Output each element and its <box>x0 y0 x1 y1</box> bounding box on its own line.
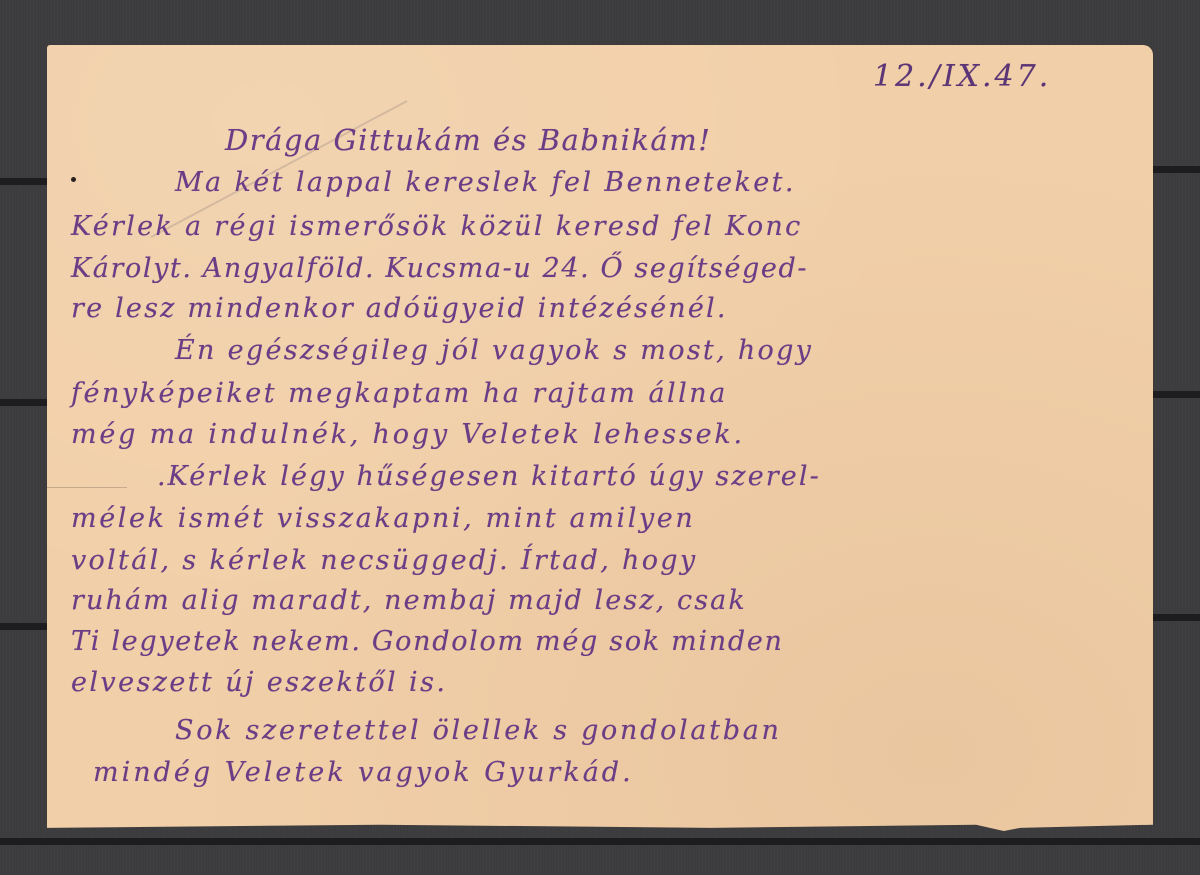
letter-line-1: Ma két lappal kereslek fel Benneteket. <box>175 167 796 198</box>
album-strip-right-2 <box>1153 391 1200 398</box>
letter-line-6: fényképeiket megkaptam ha rajtam állna <box>71 378 728 409</box>
letter-line-10: voltál, s kérlek necsüggedj. Írtad, hogy <box>71 545 697 576</box>
album-strip-left-2 <box>0 399 47 406</box>
album-strip-right-3 <box>1153 614 1200 621</box>
letter-line-5: Én egészségileg jól vagyok s most, hogy <box>175 335 813 366</box>
letter-line-12: Ti legyetek nekem. Gondolom még sok mind… <box>71 626 784 657</box>
letter-date: 12./IX.47. <box>873 59 1051 94</box>
letter-line-2: Kérlek a régi ismerősök közül keresd fel… <box>71 211 803 242</box>
letter-line-11: ruhám alig maradt, nembaj majd lesz, csa… <box>71 585 747 616</box>
album-strip-left-1 <box>0 178 47 185</box>
letter-line-9: mélek ismét visszakapni, mint amilyen <box>71 503 695 534</box>
paper-tear <box>47 487 127 488</box>
letter-salutation: Drága Gittukám és Babnikám! <box>225 123 711 157</box>
letter-line-4: re lesz mindenkor adóügyeid intézésénél. <box>71 293 728 324</box>
album-strip-bottom <box>0 838 1200 845</box>
album-stock-page: 12./IX.47. Drága Gittukám és Babnikám! M… <box>0 0 1200 875</box>
letter-line-3: Károlyt. Angyalföld. Kucsma-u 24. Ő segí… <box>71 253 808 284</box>
letter-line-8: .Kérlek légy hűségesen kitartó úgy szere… <box>157 461 821 492</box>
album-strip-left-3 <box>0 623 47 630</box>
letter-closing-line-1: Sok szeretettel ölellek s gondolatban <box>175 715 782 746</box>
letter-line-13: elveszett új eszektől is. <box>71 667 447 698</box>
pinhole-mark <box>71 177 76 182</box>
postcard: 12./IX.47. Drága Gittukám és Babnikám! M… <box>47 45 1153 831</box>
letter-line-7: még ma indulnék, hogy Veletek lehessek. <box>71 419 745 450</box>
letter-closing-line-2: mindég Veletek vagyok Gyurkád. <box>93 757 634 788</box>
album-strip-right-1 <box>1153 166 1200 173</box>
